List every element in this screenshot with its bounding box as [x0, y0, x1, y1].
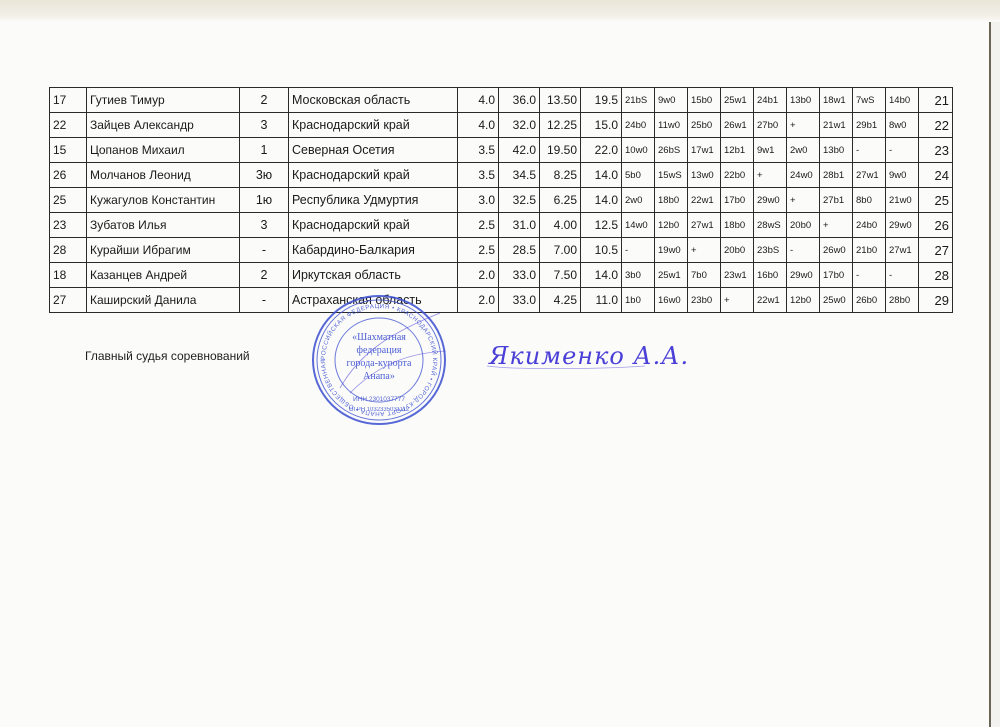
start-number-cell: 26 [50, 163, 87, 188]
place-cell: 29 [919, 288, 953, 313]
round-4-cell: 18b0 [721, 213, 754, 238]
progress-cell: 22.0 [581, 138, 622, 163]
signature-text: Якименко А.А. [488, 342, 689, 370]
round-2-cell: 25w1 [655, 263, 688, 288]
round-9-cell: 21w0 [886, 188, 919, 213]
points-cell: 2.5 [458, 213, 499, 238]
round-9-cell: 28b0 [886, 288, 919, 313]
stamp-seal: РОССИЙСКАЯ ФЕДЕРАЦИЯ • КРАСНОДАРСКИЙ КРА… [310, 293, 448, 427]
round-9-cell: 27w1 [886, 238, 919, 263]
progress-cell: 10.5 [581, 238, 622, 263]
stamp-ogrn: ОГРН 1032335031112 [349, 407, 410, 413]
berger-cell: 12.25 [540, 113, 581, 138]
rank-cell: 2 [240, 263, 289, 288]
table-row: 23Зубатов Илья3Краснодарский край2.531.0… [50, 213, 953, 238]
player-name-cell: Гутиев Тимур [87, 88, 240, 113]
region-cell: Краснодарский край [289, 213, 458, 238]
round-7-cell: 18w1 [820, 88, 853, 113]
round-3-cell: 22w1 [688, 188, 721, 213]
rank-cell: 2 [240, 88, 289, 113]
region-cell: Кабардино-Балкария [289, 238, 458, 263]
points-cell: 3.5 [458, 163, 499, 188]
berger-cell: 6.25 [540, 188, 581, 213]
table-row: 17Гутиев Тимур2Московская область4.036.0… [50, 88, 953, 113]
region-cell: Республика Удмуртия [289, 188, 458, 213]
round-1-cell: - [622, 238, 655, 263]
rank-cell: 1ю [240, 188, 289, 213]
round-4-cell: 25w1 [721, 88, 754, 113]
points-cell: 2.0 [458, 288, 499, 313]
stamp-line-3: города-курорта [347, 358, 412, 369]
round-8-cell: - [853, 138, 886, 163]
place-cell: 21 [919, 88, 953, 113]
start-number-cell: 18 [50, 263, 87, 288]
round-5-cell: 9w1 [754, 138, 787, 163]
round-3-cell: 7b0 [688, 263, 721, 288]
round-3-cell: 13w0 [688, 163, 721, 188]
round-5-cell: 28wS [754, 213, 787, 238]
round-6-cell: 29w0 [787, 263, 820, 288]
round-8-cell: 8b0 [853, 188, 886, 213]
round-2-cell: 19w0 [655, 238, 688, 263]
round-8-cell: - [853, 263, 886, 288]
round-2-cell: 16w0 [655, 288, 688, 313]
rank-cell: 3 [240, 113, 289, 138]
player-name-cell: Молчанов Леонид [87, 163, 240, 188]
round-9-cell: 9w0 [886, 163, 919, 188]
round-9-cell: 14b0 [886, 88, 919, 113]
round-4-cell: 26w1 [721, 113, 754, 138]
round-9-cell: - [886, 263, 919, 288]
round-1-cell: 5b0 [622, 163, 655, 188]
scan-right-margin [991, 22, 1000, 727]
round-1-cell: 10w0 [622, 138, 655, 163]
round-5-cell: 23bS [754, 238, 787, 263]
points-cell: 2.0 [458, 263, 499, 288]
table-row: 18Казанцев Андрей2Иркутская область2.033… [50, 263, 953, 288]
table-row: 15Цопанов Михаил1Северная Осетия3.542.01… [50, 138, 953, 163]
round-2-cell: 9w0 [655, 88, 688, 113]
round-8-cell: 24b0 [853, 213, 886, 238]
round-5-cell: 22w1 [754, 288, 787, 313]
place-cell: 24 [919, 163, 953, 188]
place-cell: 23 [919, 138, 953, 163]
rank-cell: 3ю [240, 163, 289, 188]
berger-cell: 7.00 [540, 238, 581, 263]
round-8-cell: 29b1 [853, 113, 886, 138]
round-9-cell: 8w0 [886, 113, 919, 138]
round-1-cell: 14w0 [622, 213, 655, 238]
page-edge [989, 22, 991, 727]
round-6-cell: 12b0 [787, 288, 820, 313]
buchholz-cell: 33.0 [499, 288, 540, 313]
round-9-cell: 29w0 [886, 213, 919, 238]
start-number-cell: 15 [50, 138, 87, 163]
round-7-cell: 27b1 [820, 188, 853, 213]
berger-cell: 7.50 [540, 263, 581, 288]
judge-signature: Якименко А.А. [485, 336, 735, 376]
rank-cell: 1 [240, 138, 289, 163]
round-3-cell: 17w1 [688, 138, 721, 163]
player-name-cell: Казанцев Андрей [87, 263, 240, 288]
round-9-cell: - [886, 138, 919, 163]
berger-cell: 4.25 [540, 288, 581, 313]
rank-cell: - [240, 238, 289, 263]
round-6-cell: 20b0 [787, 213, 820, 238]
round-1-cell: 24b0 [622, 113, 655, 138]
stamp-line-2: федерация [356, 345, 401, 356]
round-2-cell: 11w0 [655, 113, 688, 138]
table-row: 25Кужагулов Константин1юРеспублика Удмур… [50, 188, 953, 213]
start-number-cell: 17 [50, 88, 87, 113]
player-name-cell: Кужагулов Константин [87, 188, 240, 213]
round-2-cell: 12b0 [655, 213, 688, 238]
buchholz-cell: 32.5 [499, 188, 540, 213]
round-5-cell: 27b0 [754, 113, 787, 138]
round-3-cell: 25b0 [688, 113, 721, 138]
rank-cell: 3 [240, 213, 289, 238]
round-2-cell: 18b0 [655, 188, 688, 213]
place-cell: 25 [919, 188, 953, 213]
buchholz-cell: 34.5 [499, 163, 540, 188]
region-cell: Иркутская область [289, 263, 458, 288]
round-4-cell: 22b0 [721, 163, 754, 188]
round-6-cell: 13b0 [787, 88, 820, 113]
round-6-cell: 24w0 [787, 163, 820, 188]
region-cell: Краснодарский край [289, 163, 458, 188]
round-3-cell: + [688, 238, 721, 263]
round-6-cell: 2w0 [787, 138, 820, 163]
table-row: 27Каширский Данила-Астраханская область2… [50, 288, 953, 313]
buchholz-cell: 42.0 [499, 138, 540, 163]
buchholz-cell: 28.5 [499, 238, 540, 263]
results-table: 17Гутиев Тимур2Московская область4.036.0… [49, 87, 953, 313]
progress-cell: 14.0 [581, 263, 622, 288]
round-7-cell: 25w0 [820, 288, 853, 313]
progress-cell: 19.5 [581, 88, 622, 113]
round-5-cell: 16b0 [754, 263, 787, 288]
player-name-cell: Каширский Данила [87, 288, 240, 313]
player-name-cell: Цопанов Михаил [87, 138, 240, 163]
table-row: 26Молчанов Леонид3юКраснодарский край3.5… [50, 163, 953, 188]
progress-cell: 14.0 [581, 188, 622, 213]
stamp-line-4: Анапа» [363, 371, 395, 382]
points-cell: 4.0 [458, 88, 499, 113]
place-cell: 28 [919, 263, 953, 288]
place-cell: 26 [919, 213, 953, 238]
round-1-cell: 1b0 [622, 288, 655, 313]
round-4-cell: 23w1 [721, 263, 754, 288]
round-3-cell: 15b0 [688, 88, 721, 113]
points-cell: 2.5 [458, 238, 499, 263]
buchholz-cell: 36.0 [499, 88, 540, 113]
round-1-cell: 2w0 [622, 188, 655, 213]
berger-cell: 8.25 [540, 163, 581, 188]
round-5-cell: 29w0 [754, 188, 787, 213]
player-name-cell: Зайцев Александр [87, 113, 240, 138]
round-4-cell: 20b0 [721, 238, 754, 263]
points-cell: 4.0 [458, 113, 499, 138]
round-1-cell: 21bS [622, 88, 655, 113]
stamp-line-1: «Шахматная [352, 332, 406, 343]
round-5-cell: 24b1 [754, 88, 787, 113]
round-4-cell: 17b0 [721, 188, 754, 213]
round-7-cell: 26w0 [820, 238, 853, 263]
berger-cell: 19.50 [540, 138, 581, 163]
region-cell: Московская область [289, 88, 458, 113]
round-6-cell: + [787, 113, 820, 138]
round-7-cell: + [820, 213, 853, 238]
round-3-cell: 27w1 [688, 213, 721, 238]
berger-cell: 13.50 [540, 88, 581, 113]
round-4-cell: 12b1 [721, 138, 754, 163]
berger-cell: 4.00 [540, 213, 581, 238]
buchholz-cell: 32.0 [499, 113, 540, 138]
round-7-cell: 13b0 [820, 138, 853, 163]
chief-judge-label: Главный судья соревнований [85, 349, 250, 363]
start-number-cell: 27 [50, 288, 87, 313]
region-cell: Северная Осетия [289, 138, 458, 163]
scanned-page: 17Гутиев Тимур2Московская область4.036.0… [0, 0, 1000, 727]
progress-cell: 15.0 [581, 113, 622, 138]
start-number-cell: 23 [50, 213, 87, 238]
progress-cell: 14.0 [581, 163, 622, 188]
start-number-cell: 25 [50, 188, 87, 213]
start-number-cell: 22 [50, 113, 87, 138]
round-7-cell: 21w1 [820, 113, 853, 138]
table-row: 28Курайши Ибрагим-Кабардино-Балкария2.52… [50, 238, 953, 263]
player-name-cell: Курайши Ибрагим [87, 238, 240, 263]
region-cell: Краснодарский край [289, 113, 458, 138]
progress-cell: 11.0 [581, 288, 622, 313]
rank-cell: - [240, 288, 289, 313]
round-3-cell: 23b0 [688, 288, 721, 313]
start-number-cell: 28 [50, 238, 87, 263]
table-row: 22Зайцев Александр3Краснодарский край4.0… [50, 113, 953, 138]
progress-cell: 12.5 [581, 213, 622, 238]
round-7-cell: 17b0 [820, 263, 853, 288]
round-8-cell: 21b0 [853, 238, 886, 263]
place-cell: 27 [919, 238, 953, 263]
stamp-inn: ИНН 2301037777 [353, 396, 405, 403]
round-8-cell: 27w1 [853, 163, 886, 188]
round-2-cell: 26bS [655, 138, 688, 163]
round-8-cell: 7wS [853, 88, 886, 113]
place-cell: 22 [919, 113, 953, 138]
buchholz-cell: 33.0 [499, 263, 540, 288]
round-8-cell: 26b0 [853, 288, 886, 313]
round-2-cell: 15wS [655, 163, 688, 188]
scan-top-strip [0, 0, 1000, 22]
round-6-cell: + [787, 188, 820, 213]
round-7-cell: 28b1 [820, 163, 853, 188]
player-name-cell: Зубатов Илья [87, 213, 240, 238]
round-6-cell: - [787, 238, 820, 263]
round-5-cell: + [754, 163, 787, 188]
round-1-cell: 3b0 [622, 263, 655, 288]
points-cell: 3.0 [458, 188, 499, 213]
points-cell: 3.5 [458, 138, 499, 163]
buchholz-cell: 31.0 [499, 213, 540, 238]
round-4-cell: + [721, 288, 754, 313]
results-table-body: 17Гутиев Тимур2Московская область4.036.0… [50, 88, 953, 313]
